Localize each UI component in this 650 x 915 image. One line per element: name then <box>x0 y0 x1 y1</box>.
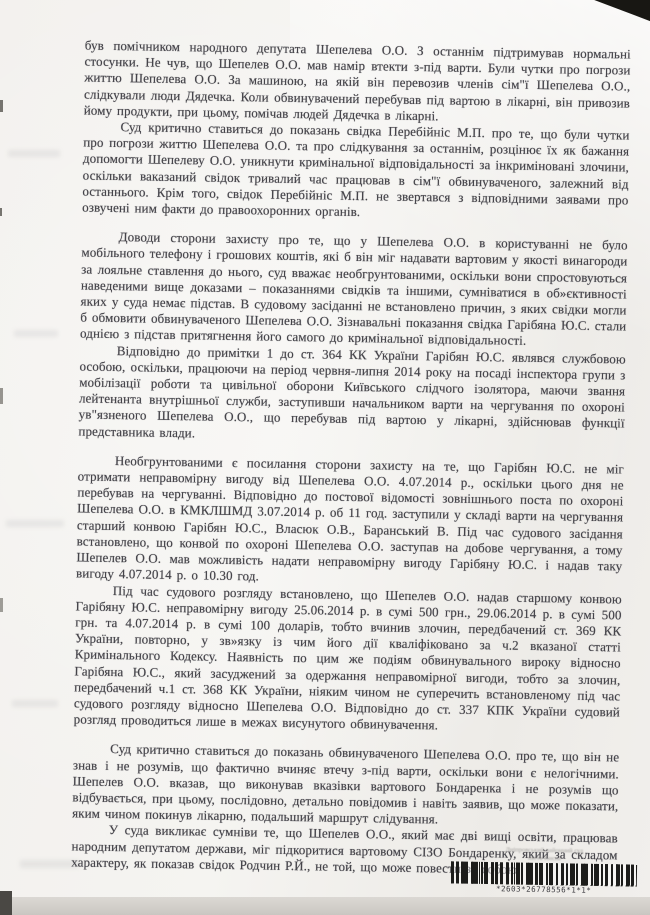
surface-below-paper <box>0 897 650 915</box>
photo-corner-shadow <box>582 0 650 34</box>
paragraph: Суд критично ставиться до показань обвин… <box>72 741 619 831</box>
page-text-block: був помічником народного депутата Шепеле… <box>71 38 631 880</box>
photo-corner-mark <box>0 891 12 915</box>
registration-stamp-block: Дніпровський районний суд міста Києва *2… <box>448 845 641 895</box>
paragraph: Під час судового розгляду встановлено, щ… <box>74 582 622 737</box>
barcode-bars <box>451 861 637 886</box>
bleedthrough-mark <box>8 150 60 157</box>
paragraph: був помічником народного депутата Шепеле… <box>84 38 631 128</box>
paragraph: Доводи сторони захисту про те, що у Шепе… <box>80 229 628 351</box>
bleedthrough-mark <box>14 330 58 337</box>
bleedthrough-mark <box>6 520 64 527</box>
document-photo: був помічником народного депутата Шепеле… <box>0 0 650 915</box>
barcode: *2603*26778556*1*1* <box>448 861 641 895</box>
bleedthrough-mark <box>12 700 58 707</box>
edge-smudge <box>0 388 3 404</box>
paragraph: Суд критично ставиться до показань свідк… <box>82 119 630 225</box>
paragraph: Відповідно до примітки 1 до ст. 364 КК У… <box>78 342 626 448</box>
edge-smudge <box>0 100 3 112</box>
edge-smudge <box>0 208 2 216</box>
paragraph: Необгрунтованими є посилання сторони зах… <box>76 452 624 591</box>
barcode-number: *2603*26778556*1*1* <box>448 883 640 895</box>
edge-smudge <box>0 598 3 612</box>
